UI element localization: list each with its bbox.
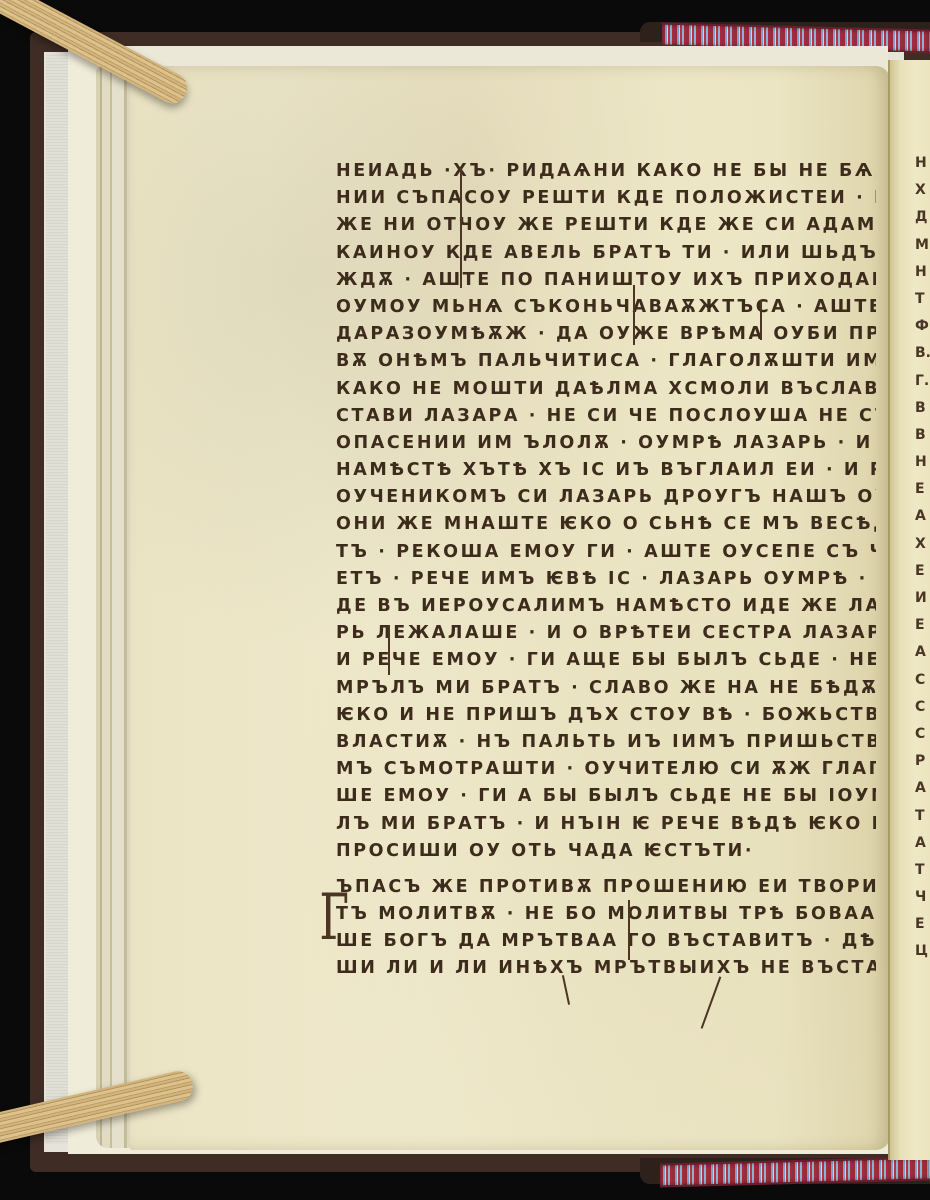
manuscript-line: ѤКО И НЕ ПРИШЪ ДЪХ СТОУ ВѢ · БОЖЬСТВА	[336, 702, 876, 729]
manuscript-line: ТЪ · РЕКОША ЕМОУ ГИ · АШТЕ ОУСЕПЕ СЪ ЧѦЛ…	[336, 539, 876, 566]
margin-letter: Р	[915, 748, 930, 775]
margin-letter: А	[915, 830, 930, 857]
manuscript-line: ОУЧЕНИКОМЪ СИ ЛАЗАРЬ ДРОУГЪ НАШЪ ОУСЪПЕ·	[336, 484, 876, 511]
manuscript-line: ЖДѪ · АШТЕ ПО ПАНИШТОУ ИХЪ ПРИХОДАШТОУ	[336, 267, 876, 294]
margin-letter: Т	[915, 803, 930, 830]
paragraph-gap	[336, 865, 876, 874]
margin-letter: А	[915, 503, 930, 530]
manuscript-line: НИИ СЪПАСОУ РЕШТИ КДЕ ПОЛОЖИСТЕИ · ѤКО	[336, 185, 876, 212]
margin-letter: Ч	[915, 884, 930, 911]
margin-letter: В	[915, 422, 930, 449]
manuscript-line: ТЪ МОЛИТВѪ · НЕ БО МОЛИТВЫ ТРѢ БОВАА	[336, 901, 876, 928]
margin-letter: В.	[915, 340, 930, 367]
manuscript-line: ПРОСИШИ ОУ ОТЬ ЧАДА ѤСТЪТИ·	[336, 838, 876, 865]
manuscript-line: ШЕ ЕМОУ · ГИ А БЫ БЫЛЪ СЬДЕ НЕ БЫ ІОУМРЪ	[336, 783, 876, 810]
margin-letter: Ф	[915, 313, 930, 340]
margin-letter: В	[915, 395, 930, 422]
margin-letter: Т	[915, 857, 930, 884]
manuscript-line: ЪПАСЪ ЖЕ ПРОТИВѪ ПРОШЕНИЮ ЕИ ТВОРИ	[336, 874, 876, 901]
manuscript-line: ВЛАСТИѪ · НЪ ПАЛЬТЬ ИЪ ІИМЪ ПРИШЬСТВИ	[336, 729, 876, 756]
margin-letter: А	[915, 639, 930, 666]
manuscript-line: ШЕ БОГЪ ДА МРЪТВАА ГО ВЪСТАВИТЪ · ДѢѦ	[336, 928, 876, 955]
manuscript-line: ЖЕ НИ ОТЧОУ ЖЕ РЕШТИ КДЕ ЖЕ СИ АДАМЕ · И…	[336, 212, 876, 239]
manuscript-line: КАИНОУ КДЕ АВЕЛЬ БРАТЪ ТИ · ИЛИ ШЬДЪВИ	[336, 240, 876, 267]
margin-letter: Х	[915, 177, 930, 204]
margin-letter: А	[915, 775, 930, 802]
manuscript-line: КАКО НЕ МОШТИ ДАѢЛМА ХСМОЛИ ВЪСЛАВЪ	[336, 376, 876, 403]
descender-stroke	[628, 900, 630, 960]
manuscript-line: И РЕЧЕ ЕМОУ · ГИ АЩЕ БЫ БЫЛЪ СЬДЕ · НЕ Б…	[336, 647, 876, 674]
descender-stroke	[460, 168, 462, 288]
margin-letter: С	[915, 721, 930, 748]
margin-letter: Н	[915, 449, 930, 476]
margin-letter: С	[915, 667, 930, 694]
margin-letter: Х	[915, 531, 930, 558]
margin-letter: М	[915, 232, 930, 259]
manuscript-line: МЪ СЪМОТРАШТИ · ОУЧИТЕЛЮ СИ ѪЖ ГЛАГОЛА	[336, 756, 876, 783]
descender-stroke	[760, 300, 762, 340]
margin-letter: Н	[915, 259, 930, 286]
margin-letter: Е	[915, 558, 930, 585]
manuscript-line: ДАРАЗОУМѢѪЖ · ДА ОУЖЕ ВРѢМА ОУБИ ПРОТИ	[336, 321, 876, 348]
manuscript-line: НЕИАДЬ ·ХЪ· РИДАѦНИ КАКО НЕ БЫ НЕ БѦДѦ	[336, 158, 876, 185]
manuscript-line: ДЕ ВЪ ИЕРОУСАЛИМЪ НАМѢСТО ИДЕ ЖЕ ЛАЗА	[336, 593, 876, 620]
manuscript-line: СТАВИ ЛАЗАРА · НЕ СИ ЧЕ ПОСЛОУША НЕ СЪВЬ…	[336, 403, 876, 430]
descender-stroke	[633, 285, 635, 345]
margin-letter: Н	[915, 150, 930, 177]
manuscript-line: ОНИ ЖЕ МНАШТЕ ѤКО О СЬНѢ СЕ МЪ ВЕСѢДОУЕ	[336, 511, 876, 538]
margin-letter: И	[915, 585, 930, 612]
manuscript-line: РЬ ЛЕЖАЛАШЕ · И О ВРѢТЕИ СЕСТРА ЛАЗАРОВА…	[336, 620, 876, 647]
margin-letter: Е	[915, 911, 930, 938]
decorated-initial: Г	[319, 886, 349, 950]
manuscript-line: ВѪ ОНѢМЪ ПАЛЬЧИТИСА · ГЛАГОЛѪШТИ ИМЪ·	[336, 348, 876, 375]
facing-page-margin-text: НХДМНТФВ.Г.ВВНЕАХЕИЕАСССРАТАТЧЕЦ	[915, 150, 930, 966]
manuscript-text-block: НЕИАДЬ ·ХЪ· РИДАѦНИ КАКО НЕ БЫ НЕ БѦДѦНИ…	[336, 158, 876, 983]
descender-stroke	[388, 625, 390, 675]
manuscript-line: ЛЪ МИ БРАТЪ · И НЪІН Ѥ РЕЧЕ ВѢДѢ ѤКО ЕЖЕ	[336, 811, 876, 838]
manuscript-line: ОУМОУ МЬНѦ СЪКОНЬЧАВАѪЖТЪСА · АШТЕ ЛИ	[336, 294, 876, 321]
manuscript-line: ОПАСЕНИИ ИМ ЪЛОЛѪ · ОУМРѢ ЛАЗАРЬ · И НЕ …	[336, 430, 876, 457]
margin-letter: Т	[915, 286, 930, 313]
manuscript-line: МРЪЛЪ МИ БРАТЪ · СЛАВО ЖЕ НА НЕ БѢДѪ ШТИ…	[336, 675, 876, 702]
ribbed-mount-edge	[46, 54, 68, 1144]
margin-letter: Ц	[915, 938, 930, 965]
manuscript-line: ШИ ЛИ И ЛИ ИНѢХЪ МРЪТВЫИХЪ НЕ ВЪСТАВИ·	[336, 955, 876, 982]
margin-letter: Д	[915, 204, 930, 231]
page-top-strip	[118, 46, 888, 68]
margin-letter: С	[915, 694, 930, 721]
margin-letter: Г.	[915, 368, 930, 395]
manuscript-line: ЕТЪ · РЕЧЕ ИМЪ ѤВѢ ІС · ЛАЗАРЬ ОУМРѢ · И…	[336, 566, 876, 593]
margin-letter: Е	[915, 476, 930, 503]
margin-letter: Е	[915, 612, 930, 639]
manuscript-line: НАМѢСТѢ ХЪТѢ ХЪ ІС ИЪ ВЪГЛАИЛ ЕИ · И РЕЧ…	[336, 457, 876, 484]
